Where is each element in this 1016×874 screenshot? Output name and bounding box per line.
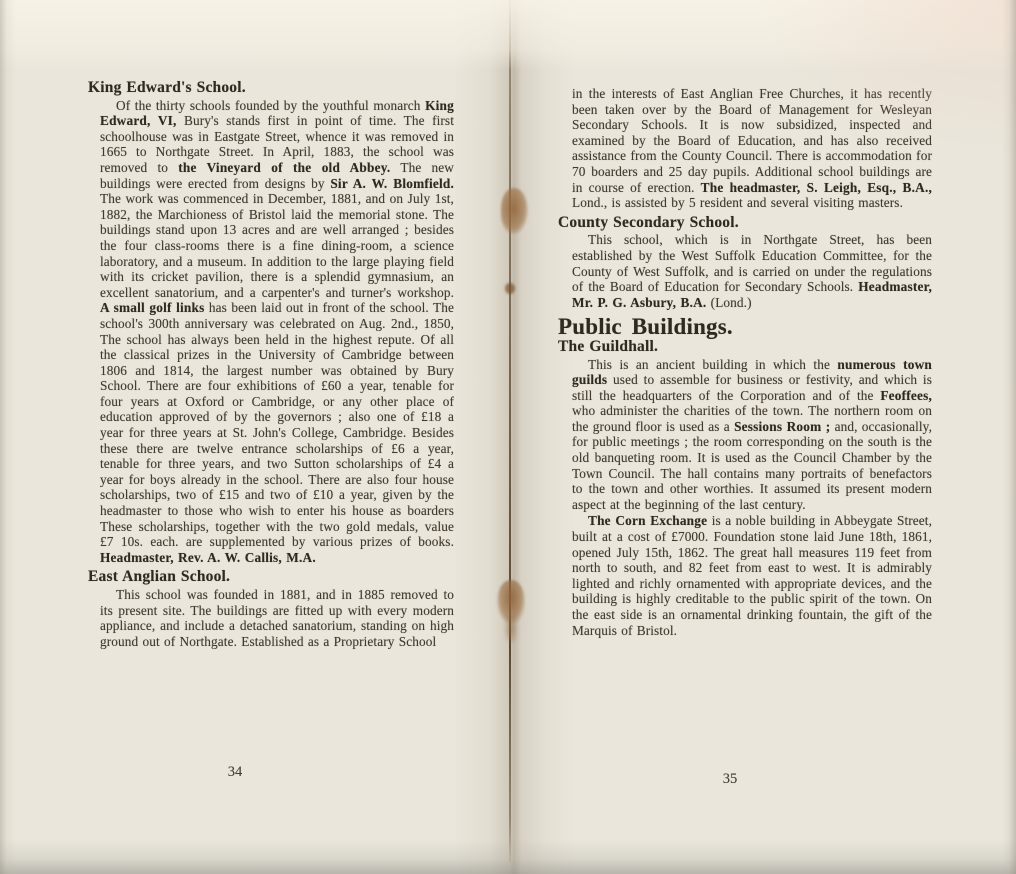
paragraph: Of the thirty schools founded by the you…	[100, 98, 454, 566]
section-heading: King Edward's School.	[88, 80, 454, 96]
bold-text-segment: County Secondary School.	[558, 214, 739, 231]
bold-text-segment: The Guildhall.	[558, 338, 658, 355]
text-segment: Of the thirty schools founded by the you…	[116, 98, 425, 113]
scan-right-edge-shadow	[1002, 0, 1016, 874]
bold-text-segment: Public Buildings.	[558, 314, 733, 339]
text-segment: (Lond.)	[706, 295, 751, 310]
paragraph: This is an ancient building in which the…	[572, 357, 932, 513]
bold-text-segment: Sir A. W. Blomfield.	[330, 176, 454, 191]
main-heading: Public Buildings.	[558, 319, 932, 335]
paragraph: This school, which is in Northgate Stree…	[572, 232, 932, 310]
text-segment: Lond., is assisted by 5 resident and sev…	[572, 195, 903, 210]
bold-text-segment: Feoffees,	[880, 388, 932, 403]
paragraph: in the interests of East Anglian Free Ch…	[572, 86, 932, 211]
bold-text-segment: East Anglian School.	[88, 568, 230, 585]
bold-text-segment: Sessions Room ;	[734, 419, 830, 434]
book-gutter-line	[509, 0, 511, 862]
book-scan: King Edward's School.Of the thirty schoo…	[0, 0, 1016, 874]
text-segment: This school was founded in 1881, and in …	[100, 587, 454, 649]
text-segment: The work was commenced in December, 1881…	[100, 191, 454, 300]
section-heading: County Secondary School.	[558, 215, 932, 231]
scan-left-edge-shadow	[0, 0, 16, 874]
paragraph: The Corn Exchange is a noble building in…	[572, 513, 932, 638]
section-heading: The Guildhall.	[558, 339, 932, 355]
text-segment: has been laid out in front of the school…	[100, 300, 454, 549]
text-segment: used to assemble for business or festivi…	[572, 372, 932, 403]
bold-text-segment: the Vineyard of the old Abbey.	[178, 160, 390, 175]
bold-text-segment: The headmaster, S. Leigh, Esq., B.A.,	[701, 180, 932, 195]
page-right-text: in the interests of East Anglian Free Ch…	[558, 86, 932, 639]
scan-bottom-shadow	[0, 840, 1016, 874]
scan-top-highlight	[0, 0, 1016, 70]
page-number-right: 35	[570, 771, 890, 788]
page-left-text: King Edward's School.Of the thirty schoo…	[88, 76, 454, 650]
ink-stain-upper	[501, 188, 528, 234]
ink-stain-lower	[497, 580, 525, 624]
page-number-left: 34	[70, 764, 400, 781]
bold-text-segment: Headmaster, Rev. A. W. Callis, M.A.	[100, 550, 316, 565]
paragraph: This school was founded in 1881, and in …	[100, 587, 454, 649]
ink-stain-drip	[504, 613, 518, 645]
section-heading: East Anglian School.	[88, 569, 454, 585]
text-segment: This is an ancient building in which the	[588, 357, 837, 372]
bold-text-segment: King Edward's School.	[88, 79, 246, 96]
bold-text-segment: A small golf links	[100, 300, 204, 315]
text-segment: in the interests of East Anglian Free Ch…	[572, 86, 932, 195]
bold-text-segment: The Corn Exchange	[588, 513, 707, 528]
text-segment: is a noble building in Abbeygate Street,…	[572, 513, 932, 637]
ink-speck	[505, 283, 515, 294]
